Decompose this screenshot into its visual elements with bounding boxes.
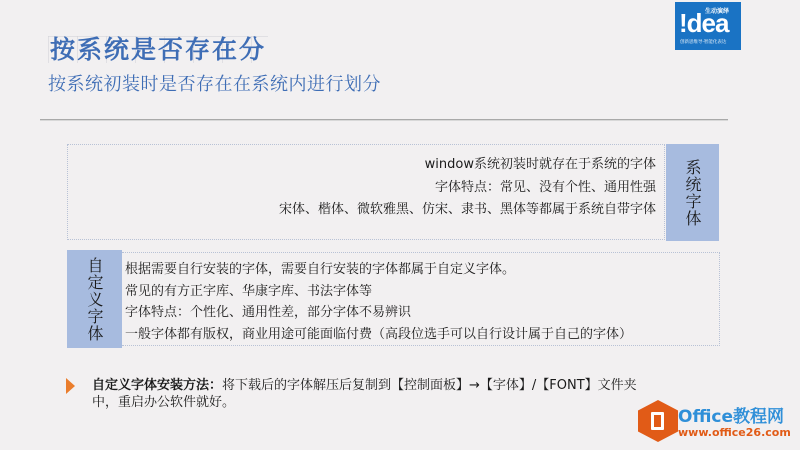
system-fonts-box: window系统初装时就存在于系统的字体 字体特点：常见、没有个性、通用性强 宋… [67, 144, 665, 240]
watermark-url: www.office26.com [678, 426, 791, 439]
logo-slogan: 创新思维导·智能化表达 [680, 39, 726, 45]
office-watermark: Office教程网 www.office26.com [638, 400, 798, 446]
slide-title: 按系统是否存在分 [48, 36, 268, 63]
watermark-title: Office教程网 [678, 402, 784, 427]
triangle-bullet-icon [66, 378, 75, 394]
custom-fonts-line: 常见的有方正字库、华康字库、书法字体等 [125, 281, 632, 303]
install-note-heading: 自定义字体安装方法： [92, 378, 222, 393]
custom-fonts-box: 根据需要自行安装的字体，需要自行安装的字体都属于自定义字体。 常见的有方正字库、… [122, 252, 720, 346]
custom-fonts-label-text: 自定义字体 [83, 257, 106, 342]
system-fonts-line: 宋体、楷体、微软雅黑、仿宋、隶书、黑体等都属于系统自带字体 [279, 199, 656, 222]
logo-tagline: 生动演绎 [705, 6, 729, 15]
system-fonts-label-text: 系统字体 [681, 159, 704, 227]
custom-fonts-line: 一般字体都有版权，商业用途可能面临付费（高段位选手可以自行设计属于自己的字体） [125, 324, 632, 346]
slide-subtitle: 按系统初装时是否存在在系统内进行划分 [48, 70, 381, 96]
system-fonts-line: window系统初装时就存在于系统的字体 [279, 154, 656, 177]
custom-fonts-line: 根据需要自行安装的字体，需要自行安装的字体都属于自定义字体。 [125, 259, 632, 281]
system-fonts-label: 系统字体 [666, 144, 719, 241]
system-fonts-line: 字体特点：常见、没有个性、通用性强 [279, 177, 656, 200]
custom-fonts-text: 根据需要自行安装的字体，需要自行安装的字体都属于自定义字体。 常见的有方正字库、… [125, 259, 632, 345]
system-fonts-text: window系统初装时就存在于系统的字体 字体特点：常见、没有个性、通用性强 宋… [279, 154, 656, 222]
install-note: 自定义字体安装方法：将下载后的字体解压后复制到【控制面板】→【字体】/【FONT… [66, 377, 656, 411]
idea-logo: !dea 生动演绎 创新思维导·智能化表达 [675, 2, 741, 50]
custom-fonts-label: 自定义字体 [67, 250, 122, 348]
header-divider [40, 119, 728, 121]
custom-fonts-line: 字体特点：个性化、通用性差，部分字体不易辨识 [125, 302, 632, 324]
office-logo-icon [638, 400, 678, 442]
